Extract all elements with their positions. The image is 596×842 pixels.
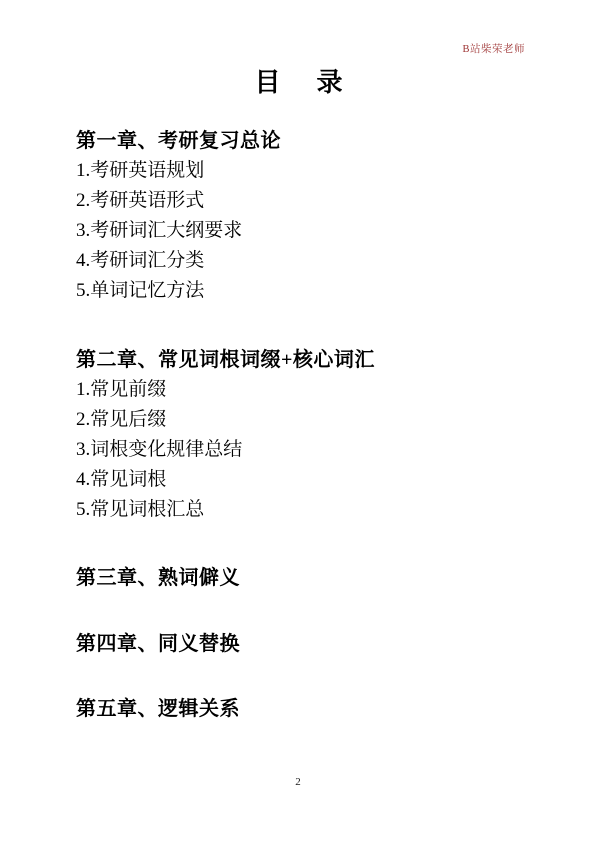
chapter-section-1: 第一章、考研复习总论 1.考研英语规划 2.考研英语形式 3.考研词汇大纲要求 …	[76, 126, 526, 306]
chapter-section-5: 第五章、逻辑关系	[76, 694, 526, 724]
toc-item: 4.考研词汇分类	[76, 246, 526, 276]
toc-content: 目 录 第一章、考研复习总论 1.考研英语规划 2.考研英语形式 3.考研词汇大…	[76, 0, 526, 724]
toc-item: 1.常见前缀	[76, 375, 526, 405]
document-page: B站柴荣老师 目 录 第一章、考研复习总论 1.考研英语规划 2.考研英语形式 …	[0, 0, 596, 842]
chapter-title: 第一章、考研复习总论	[76, 126, 526, 156]
toc-item: 3.词根变化规律总结	[76, 435, 526, 465]
page-title: 目 录	[76, 66, 526, 100]
chapter-title: 第三章、熟词僻义	[76, 563, 526, 593]
chapter-section-4: 第四章、同义替换	[76, 629, 526, 659]
toc-item: 2.常见后缀	[76, 405, 526, 435]
chapter-section-3: 第三章、熟词僻义	[76, 563, 526, 593]
page-number: 2	[0, 776, 596, 788]
toc-item: 1.考研英语规划	[76, 156, 526, 186]
toc-item: 4.常见词根	[76, 465, 526, 495]
chapter-title: 第五章、逻辑关系	[76, 694, 526, 724]
chapter-title: 第四章、同义替换	[76, 629, 526, 659]
chapter-section-2: 第二章、常见词根词缀+核心词汇 1.常见前缀 2.常见后缀 3.词根变化规律总结…	[76, 345, 526, 525]
chapter-title: 第二章、常见词根词缀+核心词汇	[76, 345, 526, 375]
toc-item: 5.单词记忆方法	[76, 276, 526, 306]
toc-item: 2.考研英语形式	[76, 186, 526, 216]
toc-item: 3.考研词汇大纲要求	[76, 216, 526, 246]
toc-item: 5.常见词根汇总	[76, 495, 526, 525]
